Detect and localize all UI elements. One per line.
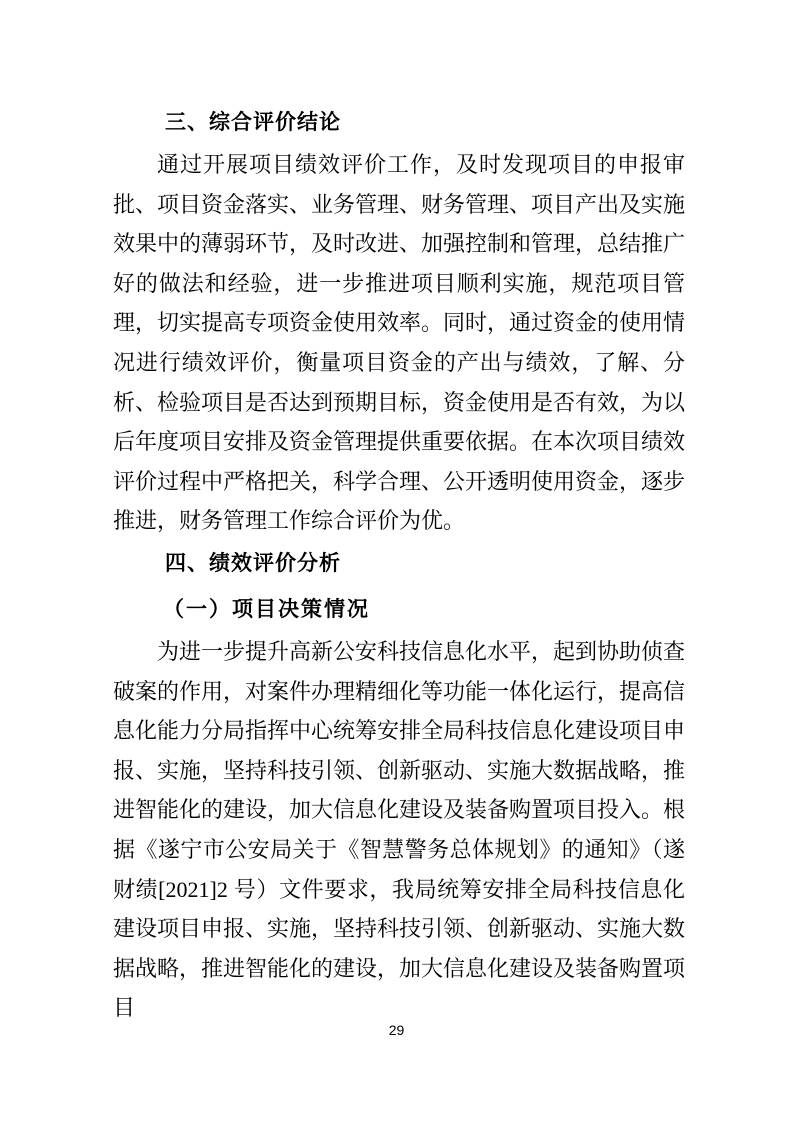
paragraph-overall-conclusion: 通过开展项目绩效评价工作，及时发现项目的申报审批、项目资金落实、业务管理、财务管… — [113, 145, 685, 541]
subsection-heading-4-1: （一）项目决策情况 — [113, 586, 685, 632]
document-page: 三、综合评价结论 通过开展项目绩效评价工作，及时发现项目的申报审批、项目资金落实… — [0, 0, 793, 1122]
paragraph-project-decision: 为进一步提升高新公安科技信息化水平，起到协助侦查破案的作用，对案件办理精细化等功… — [113, 632, 685, 1028]
section-heading-3: 三、综合评价结论 — [113, 100, 685, 145]
page-footer: 29 — [0, 1022, 793, 1040]
page-number: 29 — [389, 1022, 405, 1038]
section-heading-4: 四、绩效评价分析 — [113, 541, 685, 586]
